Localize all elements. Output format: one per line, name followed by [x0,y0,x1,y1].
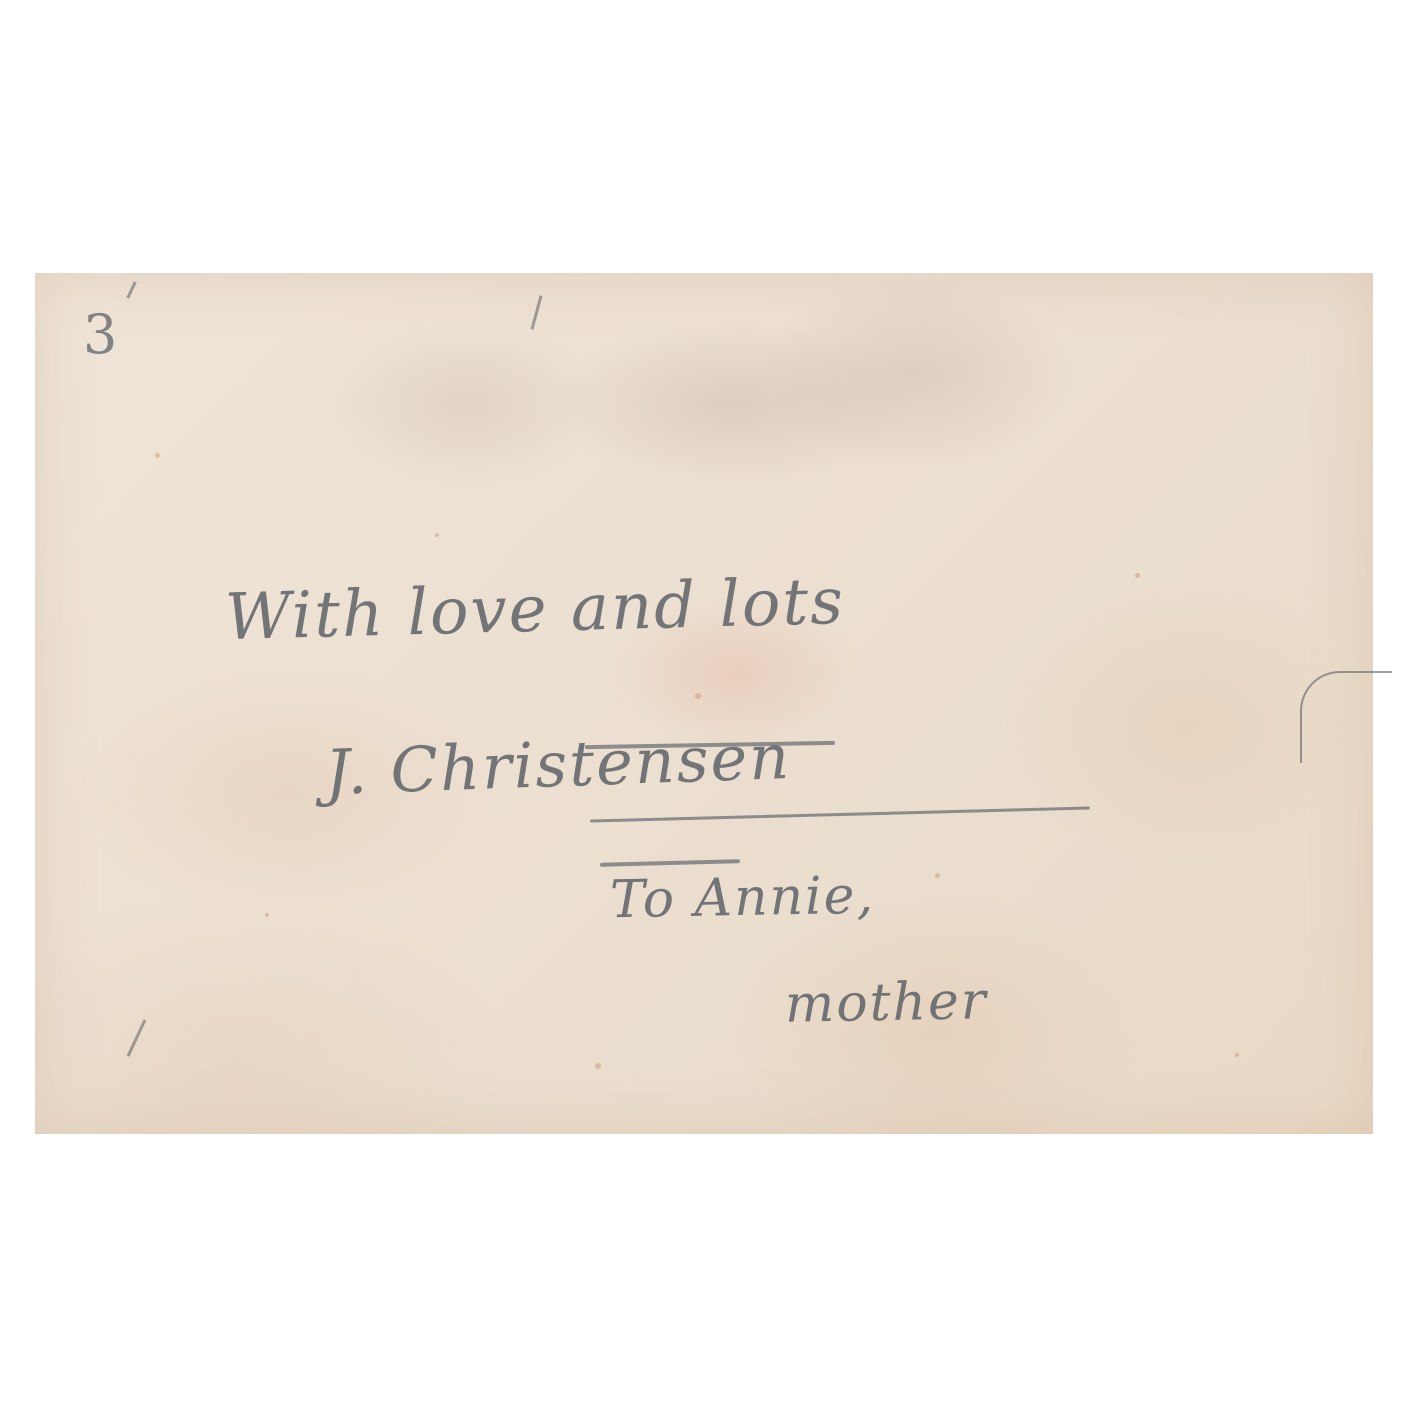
foxing-speck [265,913,269,917]
inscription-signature: J. Christensen [324,720,792,809]
foxing-speck [1135,573,1140,578]
signature-underline [590,806,1090,822]
foxing-speck [1235,1053,1239,1057]
foxing-speck [695,693,701,699]
inscription-line-1: With love and lots [224,565,846,655]
foxing-speck [155,453,160,458]
foxing-speck [435,533,439,537]
pencil-tick-mark [126,281,136,299]
aged-paper-card: 3 With love and lots J. Christensen To A… [35,273,1373,1134]
pencil-arc-mark [1300,671,1392,763]
foxing-speck [595,1063,601,1069]
foxing-speck [935,873,940,878]
inscription-closing: mother [784,971,988,1035]
inscription-dedication: To Annie, [609,866,875,931]
pencil-tick-mark [127,1019,147,1057]
corner-number-mark: 3 [83,303,119,366]
dedication-overline [600,859,740,867]
pencil-tick-mark [531,295,543,330]
